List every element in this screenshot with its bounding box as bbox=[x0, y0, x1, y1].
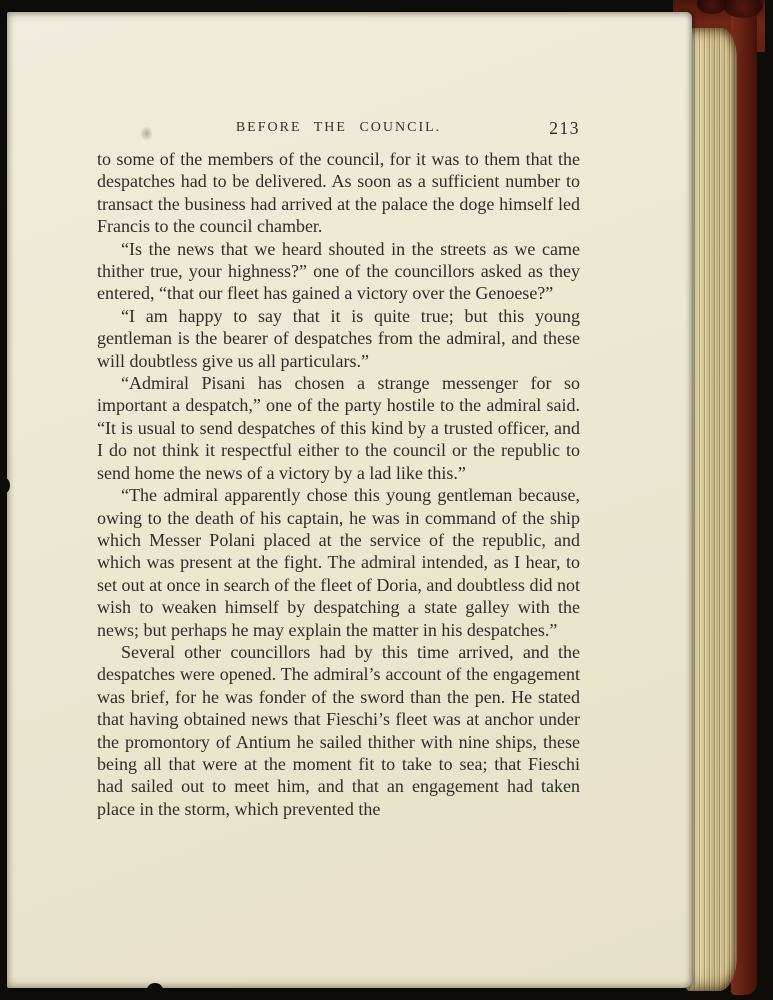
page-number: 213 bbox=[549, 118, 580, 139]
page-body: to some of the members of the council, f… bbox=[97, 148, 580, 820]
photo-background: BEFORE THE COUNCIL. 213 to some of the m… bbox=[0, 0, 773, 1000]
running-title: BEFORE THE COUNCIL. bbox=[236, 120, 441, 136]
paragraph: “Admiral Pisani has chosen a strange mes… bbox=[97, 372, 580, 484]
paragraph: to some of the members of the council, f… bbox=[97, 148, 580, 238]
page-header: BEFORE THE COUNCIL. 213 bbox=[97, 118, 580, 140]
paragraph: “I am happy to say that it is quite true… bbox=[97, 305, 580, 372]
page-edge-mark bbox=[0, 478, 10, 493]
paragraph: Several other councillors had by this ti… bbox=[97, 641, 580, 820]
book-page: BEFORE THE COUNCIL. 213 to some of the m… bbox=[7, 12, 692, 988]
paragraph: “The admiral apparently chose this young… bbox=[97, 484, 580, 641]
page-edge-notch bbox=[147, 983, 163, 990]
paragraph: “Is the news that we heard shouted in th… bbox=[97, 238, 580, 305]
